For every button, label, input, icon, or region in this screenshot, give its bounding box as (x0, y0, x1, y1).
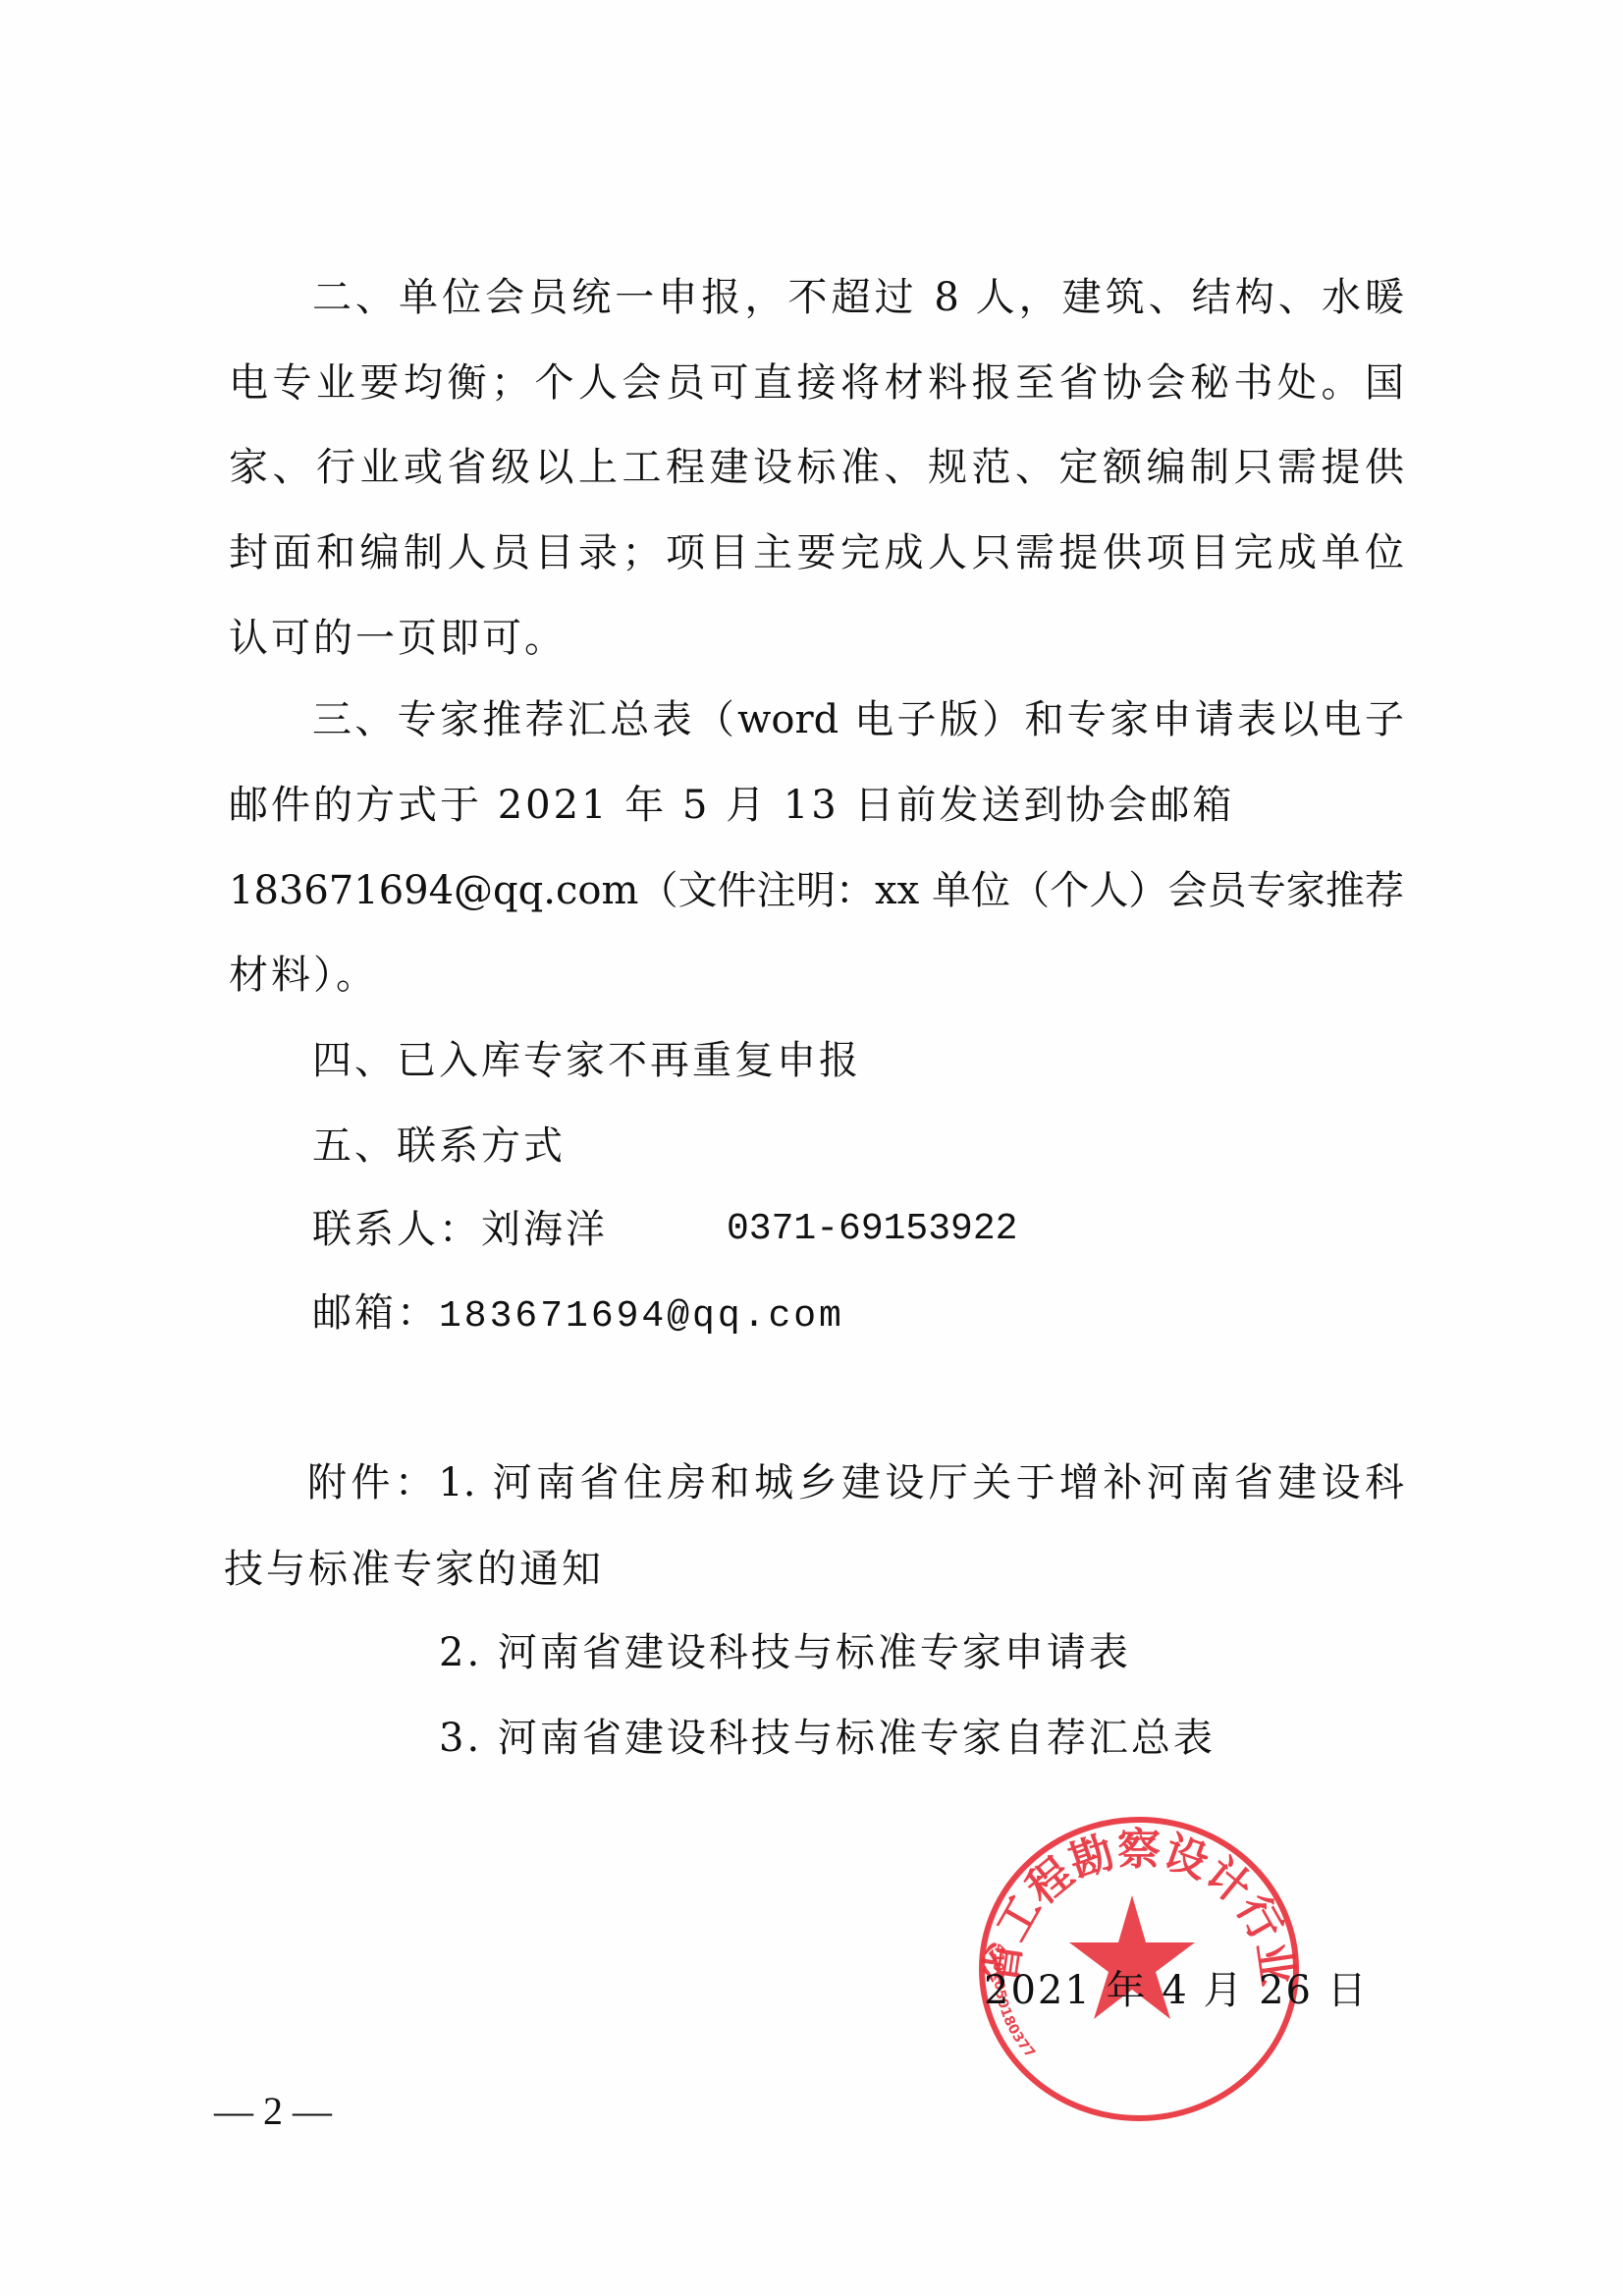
section-5-heading: 五、联系方式 (312, 1117, 566, 1175)
section-2-line-5: 认可的一页即可。 (229, 609, 567, 668)
section-2-line-4: 封面和编制人员目录；项目主要完成人只需提供项目完成单位 (229, 523, 1404, 582)
contact-phone: 0371-69153922 (727, 1200, 1017, 1259)
section-2-line-1: 二、单位会员统一申报，不超过 8 人，建筑、结构、水暖 (312, 268, 1404, 327)
contact-label: 联系人： (312, 1207, 481, 1252)
contact-name: 刘海洋 (481, 1207, 608, 1252)
attachment-1-line-2: 技与标准专家的通知 (224, 1540, 604, 1599)
contact-row: 联系人：刘海洋 (312, 1200, 608, 1259)
email-label: 邮箱： (312, 1290, 439, 1336)
attachment-1-line-1: 附件：1. 河南省住房和城乡建设厅关于增补河南省建设科 (307, 1453, 1404, 1512)
attachments-label: 附件： (307, 1460, 438, 1505)
section-3-line-1: 三、专家推荐汇总表（word 电子版）和专家申请表以电子 (312, 690, 1404, 749)
attachment-1-title: 1. 河南省住房和城乡建设厅关于增补河南省建设科 (438, 1460, 1404, 1505)
attachment-2: 2. 河南省建设科技与标准专家申请表 (439, 1623, 1131, 1682)
section-3-line-4: 材料）。 (229, 946, 378, 1005)
email-address: 183671694@qq.com (439, 1295, 844, 1338)
section-3-line-3-email: 183671694@qq.com（文件注明：xx 单位（个人）会员专家推荐 (229, 861, 1404, 920)
attachment-3: 3. 河南省建设科技与标准专家自荐汇总表 (439, 1709, 1216, 1768)
section-2-line-2: 电专业要均衡；个人会员可直接将材料报至省协会秘书处。国 (229, 354, 1404, 412)
document-date: 2021 年 4 月 26 日 (984, 1961, 1369, 2020)
section-4-text: 四、已入库专家不再重复申报 (312, 1031, 861, 1090)
email-row: 邮箱：183671694@qq.com (312, 1284, 844, 1342)
section-2-line-3: 家、行业或省级以上工程建设标准、规范、定额编制只需提供 (229, 438, 1404, 497)
document-page: 二、单位会员统一申报，不超过 8 人，建筑、结构、水暖 电专业要均衡；个人会员可… (0, 0, 1623, 2296)
section-3-line-2: 邮件的方式于 2021 年 5 月 13 日前发送到协会邮箱 (229, 776, 1234, 835)
page-number: — 2 — (214, 2082, 332, 2141)
